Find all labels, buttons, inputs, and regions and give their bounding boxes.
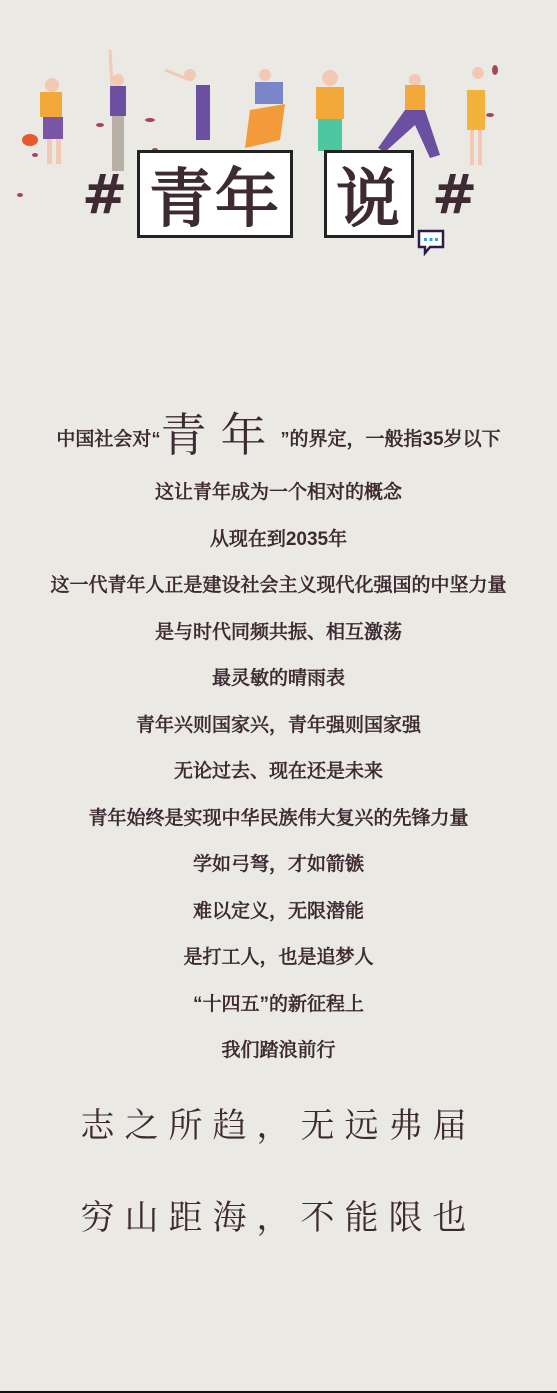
text-line: 最灵敏的晴雨表 [0,656,557,703]
body-text: 中国社会对“青年”的界定，一般指35岁以下 这让青年成为一个相对的概念 从现在到… [0,400,557,1075]
text-line: 这让青年成为一个相对的概念 [0,470,557,517]
text-line: 无论过去、现在还是未来 [0,749,557,796]
text-line: 我们踏浪前行 [0,1028,557,1075]
intro-suffix: 的界定，一般指35岁以下 [289,429,500,450]
speech-bubble-icon [416,228,446,256]
closing-line-1: 志之所趋，无远弗届 [0,1098,557,1147]
text-line: 难以定义，无限潜能 [0,889,557,936]
closing-line-2: 穷山距海，不能限也 [0,1190,557,1239]
text-line: 这一代青年人正是建设社会主义现代化强国的中坚力量 [0,563,557,610]
text-line: 从现在到2035年 [0,517,557,564]
intro-highlight: 青年 [160,408,280,462]
text-line: 青年兴则国家兴，青年强则国家强 [0,703,557,750]
title-shuo: 说 [336,148,402,240]
text-line: 学如弓弩，才如箭镞 [0,842,557,889]
text-line: 是与时代同频共振、相互激荡 [0,610,557,657]
title-qingnian: 青年 [149,148,281,240]
hash-symbol-right: # [432,168,477,222]
text-line: 青年始终是实现中华民族伟大复兴的先锋力量 [0,796,557,843]
header-banner: # 青年 说 # [0,40,557,260]
text-line: 是打工人，也是追梦人 [0,935,557,982]
title-box-shuo: 说 [324,150,414,238]
text-line: “十四五”的新征程上 [0,982,557,1029]
hash-symbol-left: # [82,168,127,222]
intro-prefix: 中国社会对 [56,429,151,450]
intro-line: 中国社会对“青年”的界定，一般指35岁以下 [0,400,557,470]
title-box-qingnian: 青年 [137,150,293,238]
